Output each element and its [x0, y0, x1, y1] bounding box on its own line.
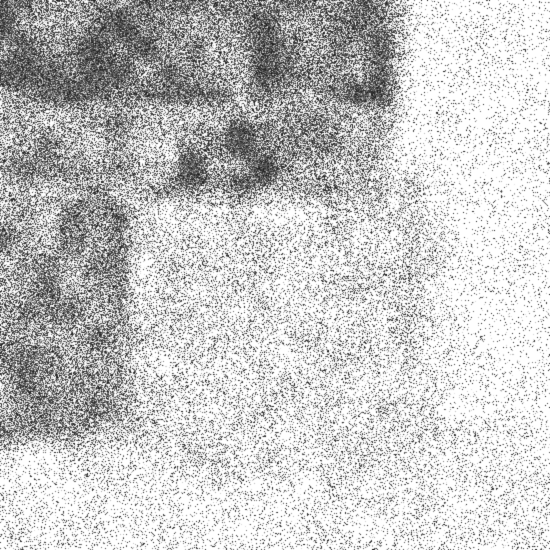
noise-texture-canvas [0, 0, 550, 550]
